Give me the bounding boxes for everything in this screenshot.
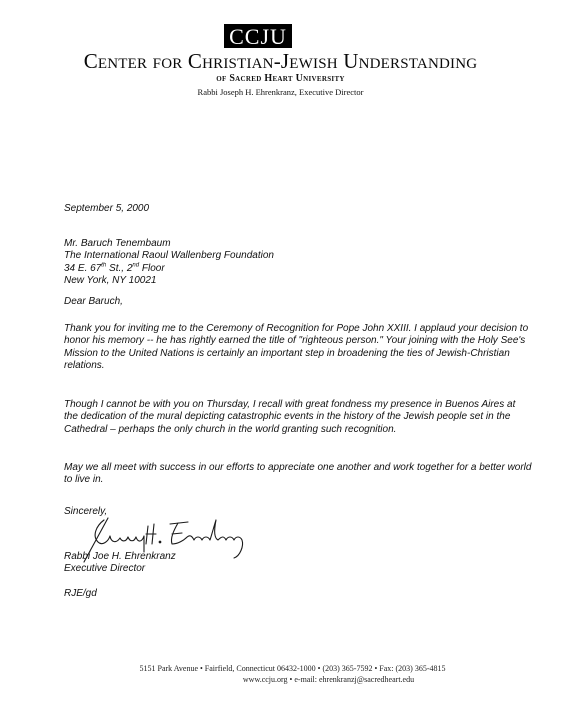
reference-initials: RJE/gd: [64, 588, 534, 600]
signer-title: Executive Director: [64, 563, 534, 575]
street-number: 34 E. 67: [64, 263, 101, 274]
recipient-name: Mr. Baruch Tenembaum: [64, 238, 534, 250]
recipient-address: Mr. Baruch Tenembaum The International R…: [64, 238, 534, 287]
letter-date: September 5, 2000: [64, 203, 534, 215]
recipient-organization: The International Raoul Wallenberg Found…: [64, 250, 534, 262]
organization-affiliation: of Sacred Heart University: [0, 73, 561, 85]
street-floor: St., 2: [106, 263, 132, 274]
letterhead-director: Rabbi Joseph H. Ehrenkranz, Executive Di…: [0, 87, 561, 98]
paragraph-3: May we all meet with success in our effo…: [64, 462, 532, 487]
recipient-city: New York, NY 10021: [64, 275, 534, 287]
recipient-street: 34 E. 67th St., 2nd Floor: [64, 263, 534, 275]
salutation: Dear Baruch,: [64, 296, 534, 308]
paragraph-1: Thank you for inviting me to the Ceremon…: [64, 323, 532, 372]
footer-address: 5151 Park Avenue • Fairfield, Connecticu…: [12, 664, 561, 674]
paragraph-2: Though I cannot be with you on Thursday,…: [64, 399, 532, 436]
organization-name: Center for Christian-Jewish Understandin…: [0, 49, 561, 73]
ccju-logo: CCJU: [224, 24, 292, 48]
signer-name: Rabbi Joe H. Ehrenkranz: [64, 551, 534, 563]
floor-label: Floor: [139, 263, 165, 274]
footer-contact: www.ccju.org • e-mail: ehrenkranzj@sacre…: [48, 675, 561, 685]
